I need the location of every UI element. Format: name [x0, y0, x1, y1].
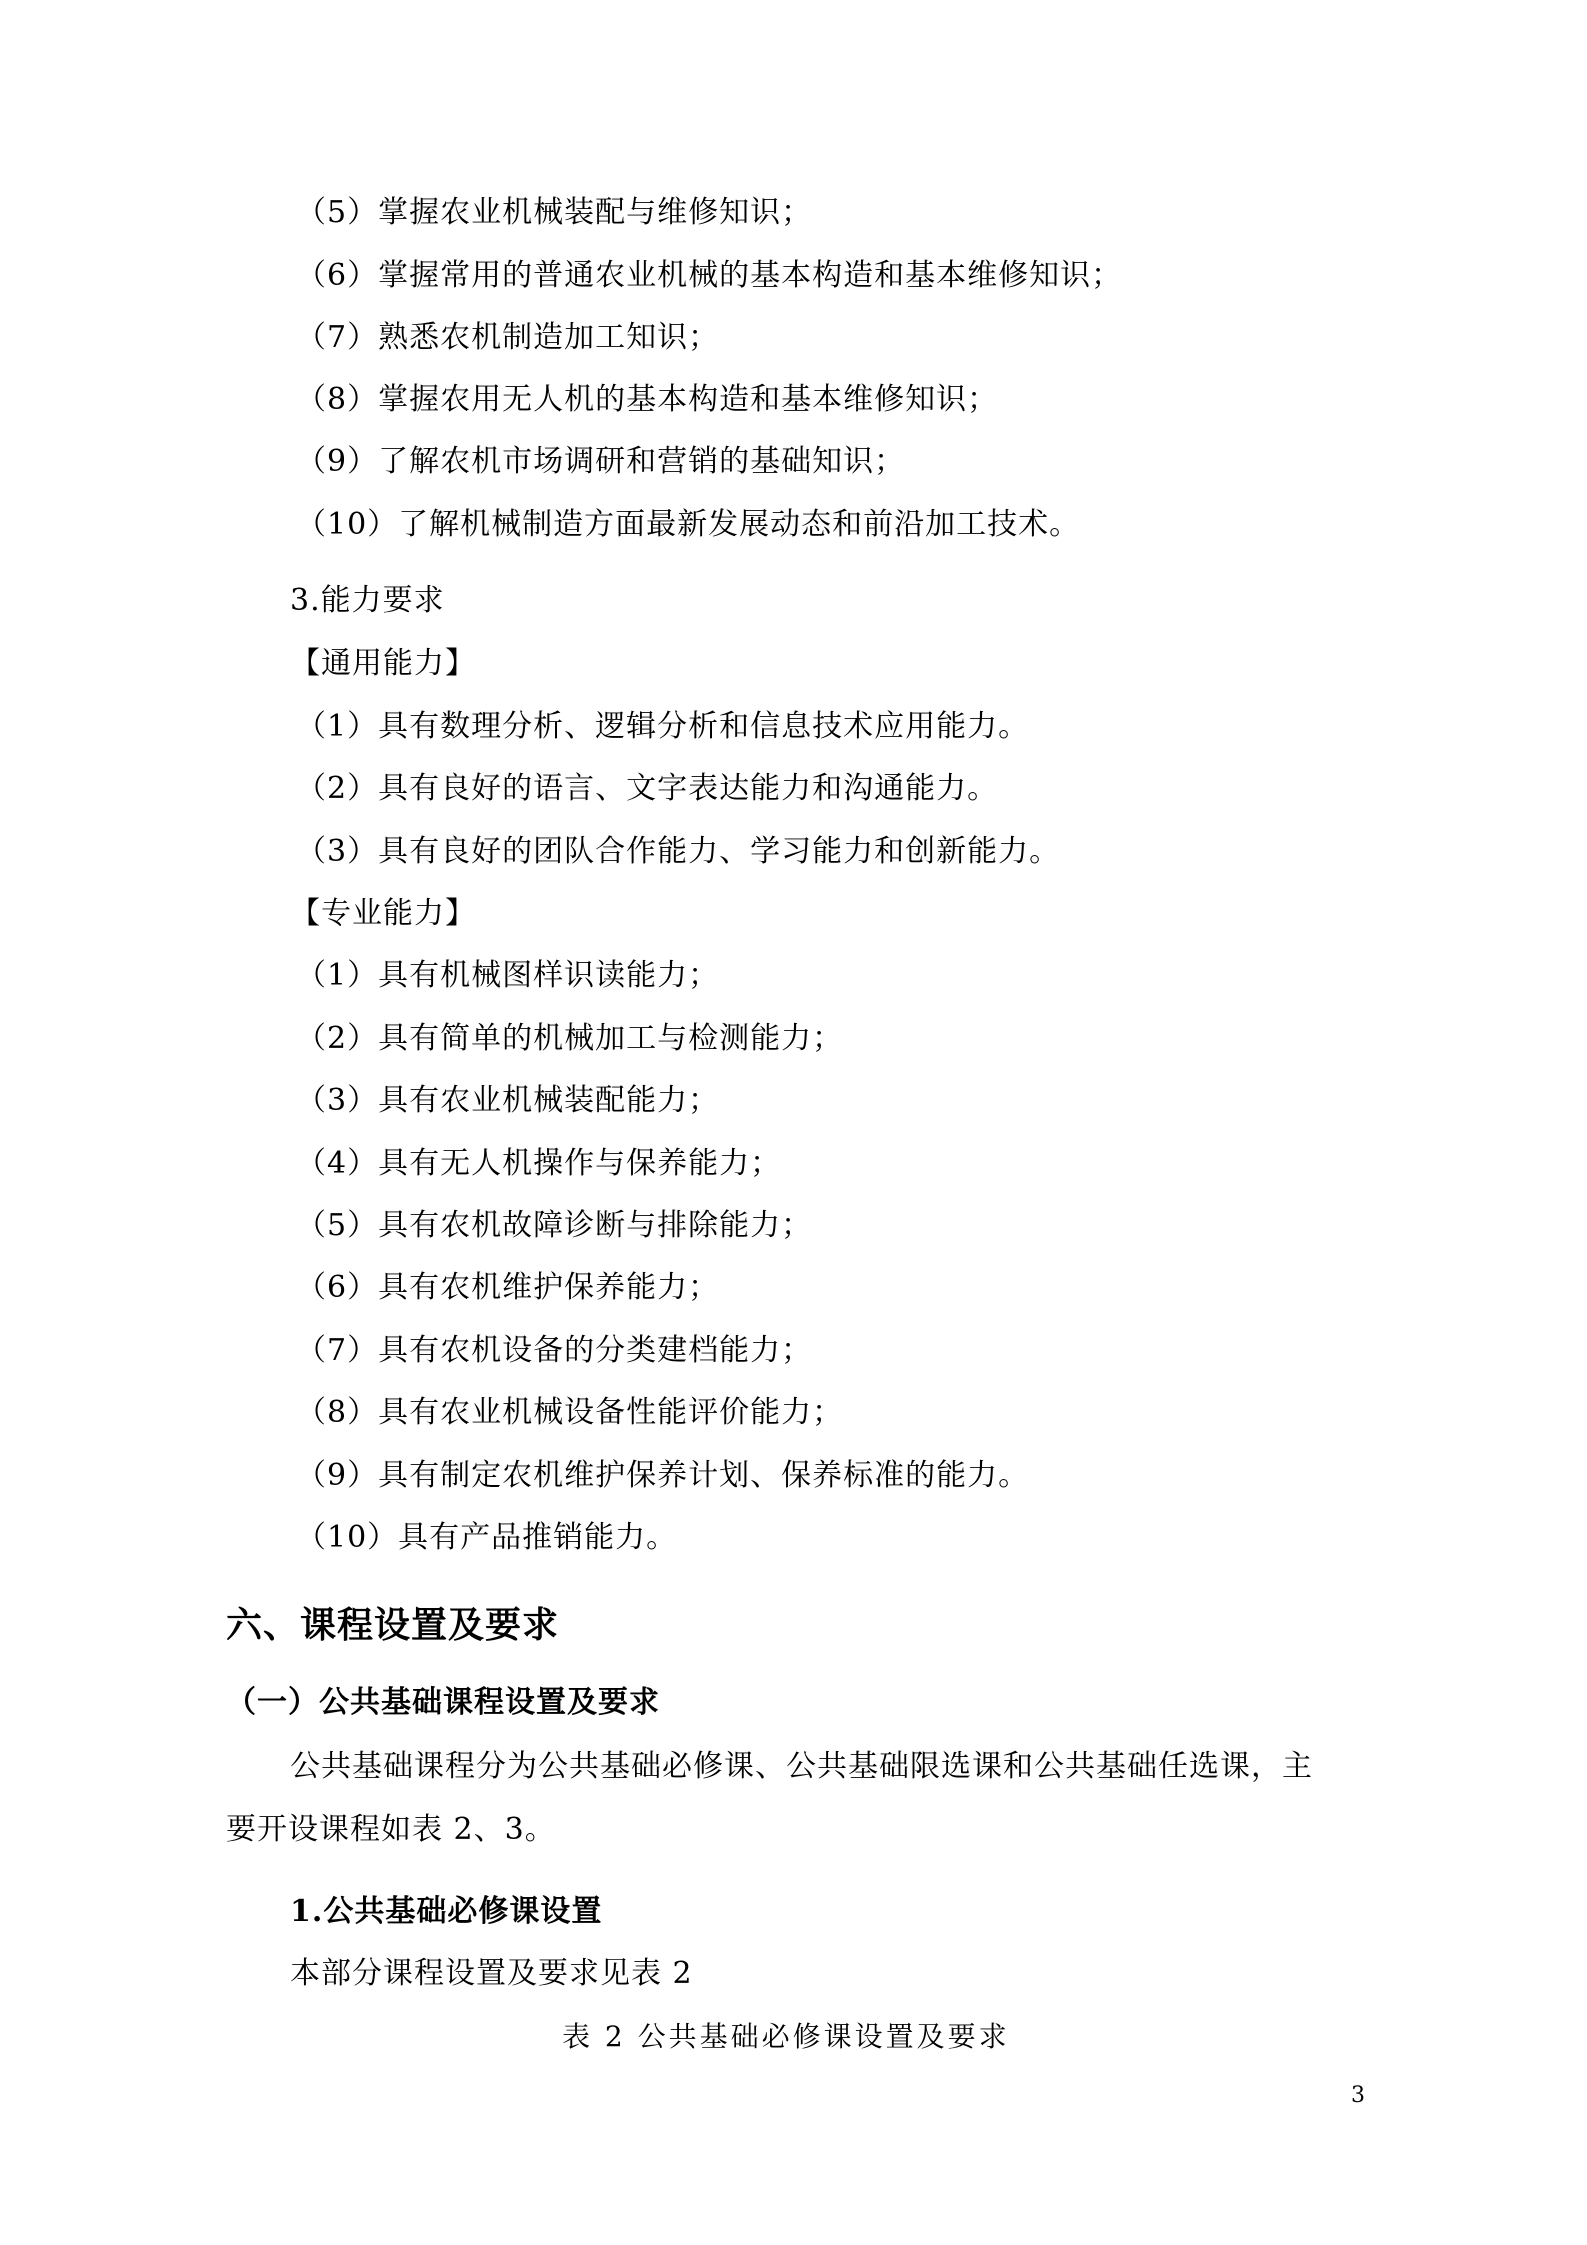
ability-section-title: 3.能力要求 — [290, 581, 445, 621]
knowledge-item: （9）了解农机市场调研和营销的基础知识； — [296, 442, 905, 482]
table-caption: 表 2 公共基础必修课设置及要求 — [562, 2018, 1010, 2056]
subsection-heading: （一）公共基础课程设置及要求 — [226, 1683, 660, 1723]
knowledge-item: （5）掌握农业机械装配与维修知识； — [296, 193, 812, 233]
section-heading: 六、课程设置及要求 — [226, 1603, 559, 1649]
general-ability-item: （1）具有数理分析、逻辑分析和信息技术应用能力。 — [296, 707, 1029, 747]
knowledge-item: （8）掌握农用无人机的基本构造和基本维修知识； — [296, 380, 998, 420]
knowledge-item: （7）熟悉农机制造加工知识； — [296, 318, 719, 358]
professional-ability-item: （7）具有农机设备的分类建档能力； — [296, 1331, 812, 1371]
general-ability-label: 【通用能力】 — [290, 644, 476, 684]
professional-ability-item: （4）具有无人机操作与保养能力； — [296, 1144, 781, 1184]
paragraph-line: 本部分课程设置及要求见表 2 — [290, 1954, 693, 1994]
knowledge-item: （10）了解机械制造方面最新发展动态和前沿加工技术。 — [296, 505, 1080, 545]
knowledge-item: （6）掌握常用的普通农业机械的基本构造和基本维修知识； — [296, 256, 1122, 296]
professional-ability-item: （8）具有农业机械设备性能评价能力； — [296, 1393, 843, 1433]
professional-ability-item: （10）具有产品推销能力。 — [296, 1518, 677, 1558]
professional-ability-item: （6）具有农机维护保养能力； — [296, 1268, 719, 1308]
paragraph-line: 要开设课程如表 2、3。 — [226, 1810, 556, 1850]
professional-ability-item: （2）具有简单的机械加工与检测能力； — [296, 1019, 843, 1059]
professional-ability-label: 【专业能力】 — [290, 894, 476, 934]
professional-ability-item: （3）具有农业机械装配能力； — [296, 1081, 719, 1121]
page-number: 3 — [1351, 2082, 1365, 2110]
item-heading: 1.公共基础必修课设置 — [290, 1892, 602, 1932]
paragraph-line: 公共基础课程分为公共基础必修课、公共基础限选课和公共基础任选课，主 — [290, 1747, 1313, 1787]
general-ability-item: （2）具有良好的语言、文字表达能力和沟通能力。 — [296, 769, 998, 809]
general-ability-item: （3）具有良好的团队合作能力、学习能力和创新能力。 — [296, 832, 1060, 872]
professional-ability-item: （1）具有机械图样识读能力； — [296, 956, 719, 996]
professional-ability-item: （5）具有农机故障诊断与排除能力； — [296, 1206, 812, 1246]
professional-ability-item: （9）具有制定农机维护保养计划、保养标准的能力。 — [296, 1456, 1029, 1496]
